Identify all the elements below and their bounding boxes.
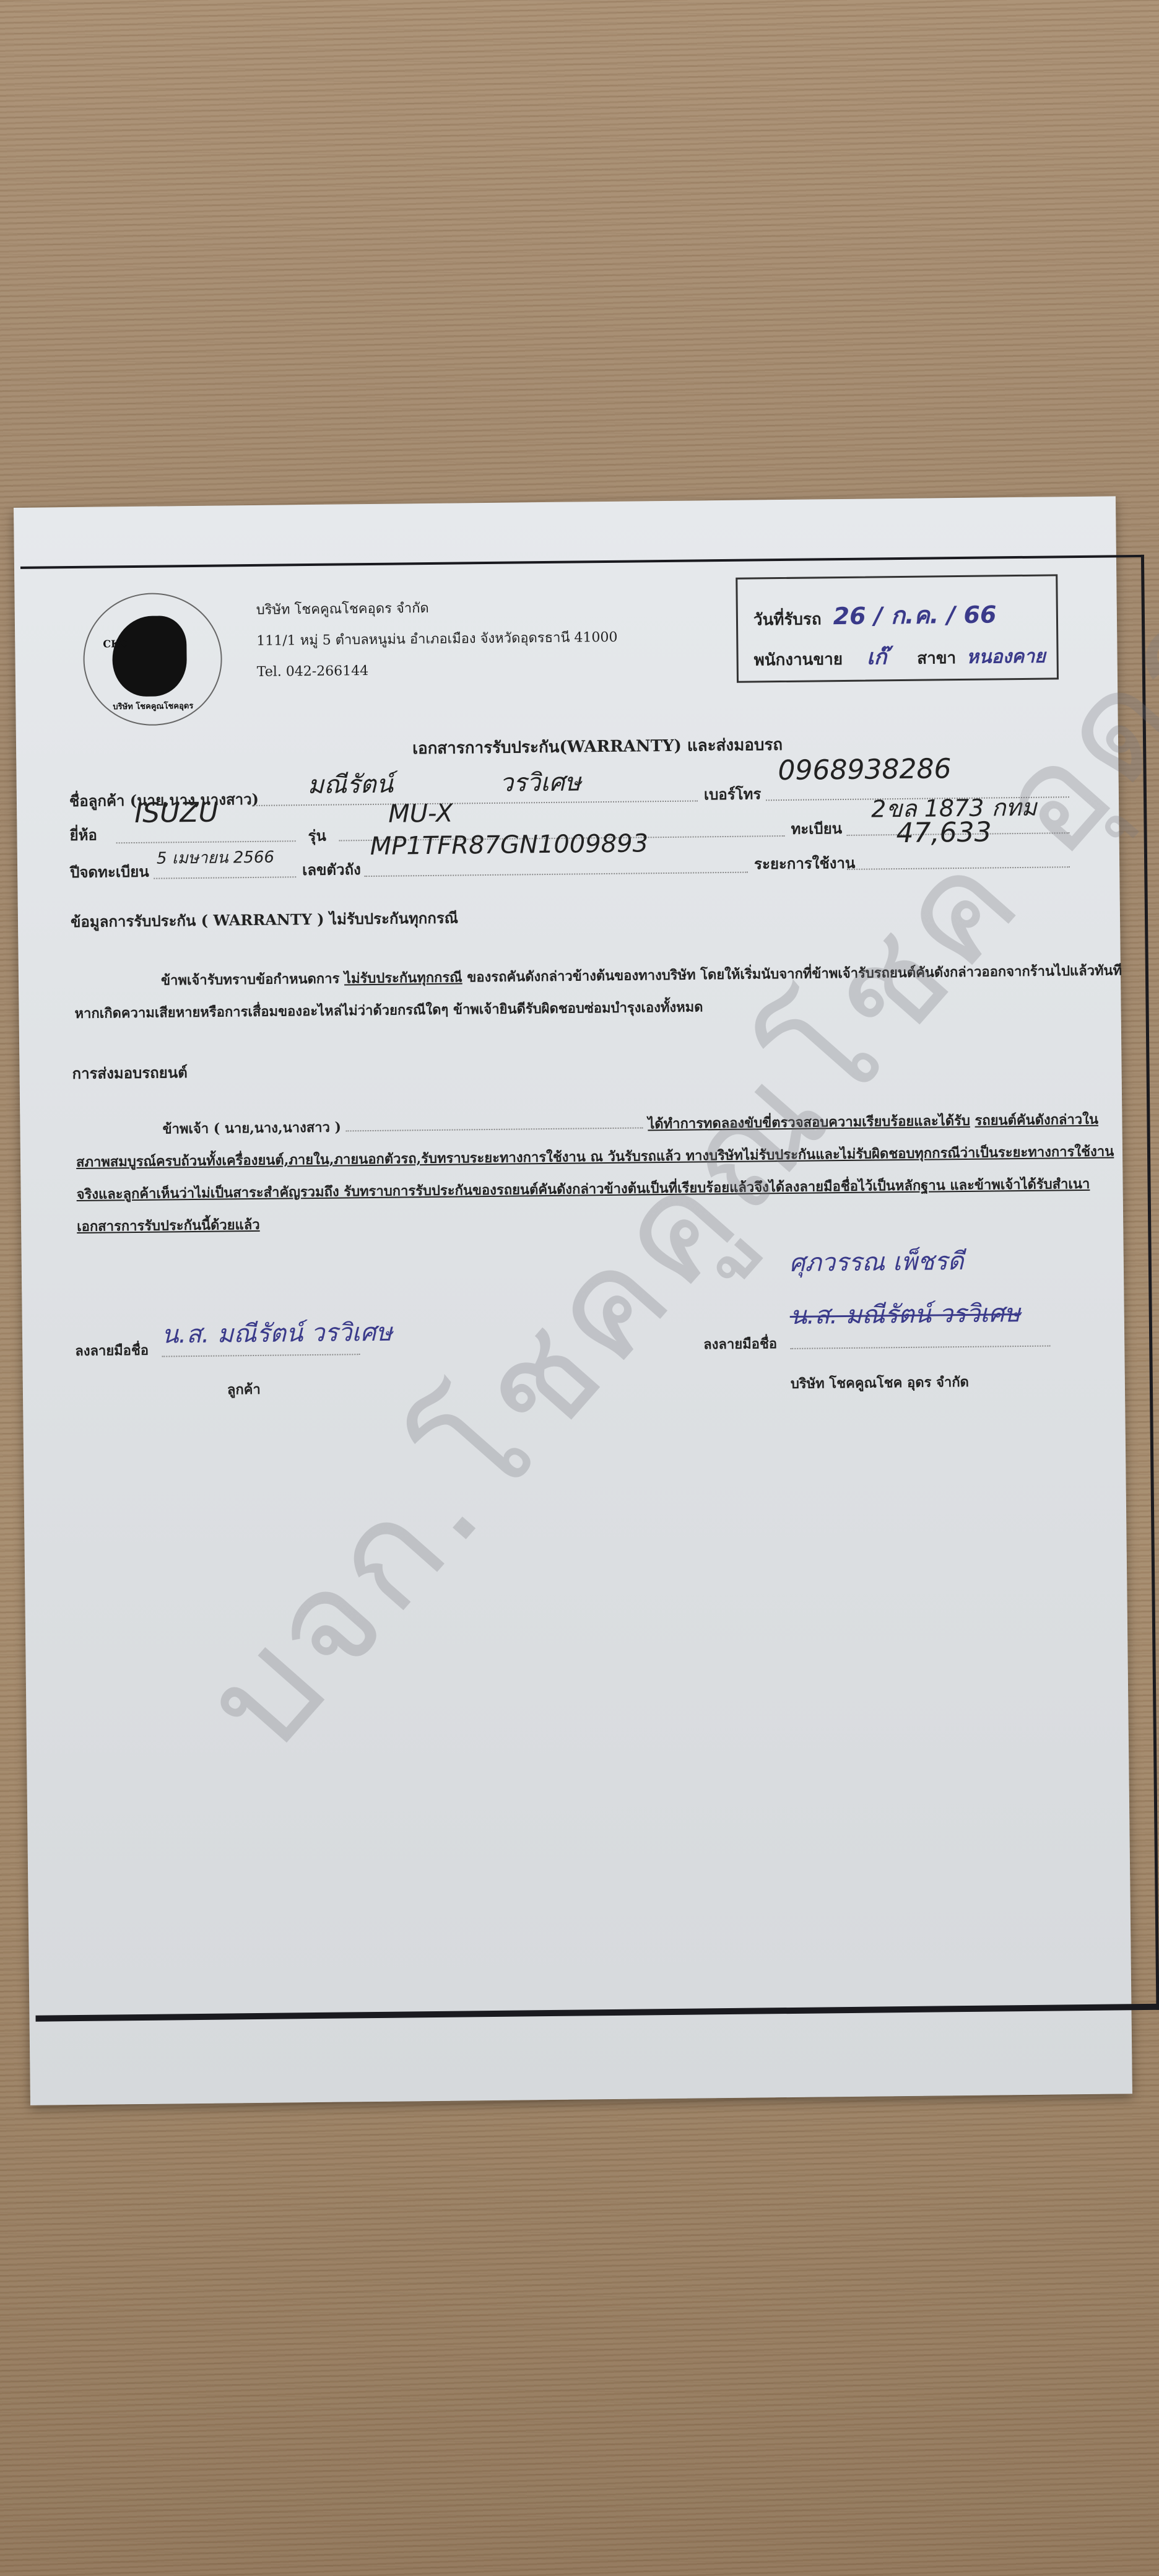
phone-label: เบอร์โทร (704, 781, 762, 806)
brand-value: ISUZU (134, 797, 219, 829)
document-title: เอกสารการรับประกัน(WARRANTY) และส่งมอบรถ (412, 732, 783, 761)
brand-label: ยี่ห้อ (69, 823, 97, 847)
customer-sign-label: ลงลายมือชื่อ (75, 1339, 149, 1362)
reg-year-label: ปีจดทะเบียน (70, 859, 149, 884)
delivery-date-value: 26 / ก.ค. / 66 (833, 601, 996, 630)
company-role: บริษัท โชคคูณโชค อุดร จำกัด (791, 1371, 969, 1395)
plate-label: ทะเบียน (791, 816, 842, 841)
delivery-heading: การส่งมอบรถยนต์ (72, 1060, 188, 1086)
company-header: บริษัท โชคคูณโชคอุดร จำกัด 111/1 หมู่ 5 … (256, 591, 618, 688)
customer-signature: น.ส. มณีรัตน์ วรวิเศษ (162, 1312, 393, 1354)
model-label: รุ่น (308, 824, 326, 848)
logo-initials: CKC (103, 638, 127, 650)
delivery-name-label: ข้าพเจ้า ( นาย,นาง,นางสาว ) (162, 1120, 341, 1138)
customer-role: ลูกค้า (227, 1378, 261, 1401)
customer-last-name: วรวิเศษ (499, 762, 581, 802)
warranty-document: CKC บริษัท โชคคูณโชคอุดร บริษัท โชคคูณโช… (14, 496, 1132, 2105)
company-signature-correction: ศุภวรรณ เพ็ชรดี (789, 1241, 963, 1282)
logo-caption: บริษัท โชคคูณโชคอุดร (113, 699, 193, 713)
reg-year-value: 5 เมษายน 2566 (157, 845, 274, 871)
chassis-label: เลขตัวถัง (302, 857, 361, 882)
delivery-info-box: วันที่รับรถ 26 / ก.ค. / 66 พนักงานขาย เก… (736, 574, 1059, 682)
salesperson-label: พนักงานขาย (753, 650, 843, 669)
delivery-name-blank (346, 1127, 643, 1131)
chassis-value: MP1TFR87GN1009893 (370, 829, 649, 861)
company-address: 111/1 หมู่ 5 ตำบลหนูม่น อำเภอเมือง จังหว… (256, 622, 618, 657)
company-signature-struck: น.ส. มณีรัตน์ วรวิเศษ (789, 1293, 1020, 1335)
warranty-heading: ข้อมูลการรับประกัน ( WARRANTY ) ไม่รับปร… (71, 906, 458, 934)
model-value: MU-X (388, 799, 453, 829)
company-name: บริษัท โชคคูณโชคอุดร จำกัด (256, 591, 617, 626)
branch-label: สาขา (917, 649, 956, 668)
customer-first-name: มณีรัตน์ (307, 764, 393, 804)
delivery-date-label: วันที่รับรถ (753, 610, 822, 629)
company-tel: Tel. 042-266144 (257, 653, 619, 688)
logo-mark-icon (112, 616, 187, 697)
salesperson-value: เก๊ (867, 645, 887, 669)
no-warranty-emphasis: ไม่รับประกันทุกกรณี (344, 969, 462, 986)
